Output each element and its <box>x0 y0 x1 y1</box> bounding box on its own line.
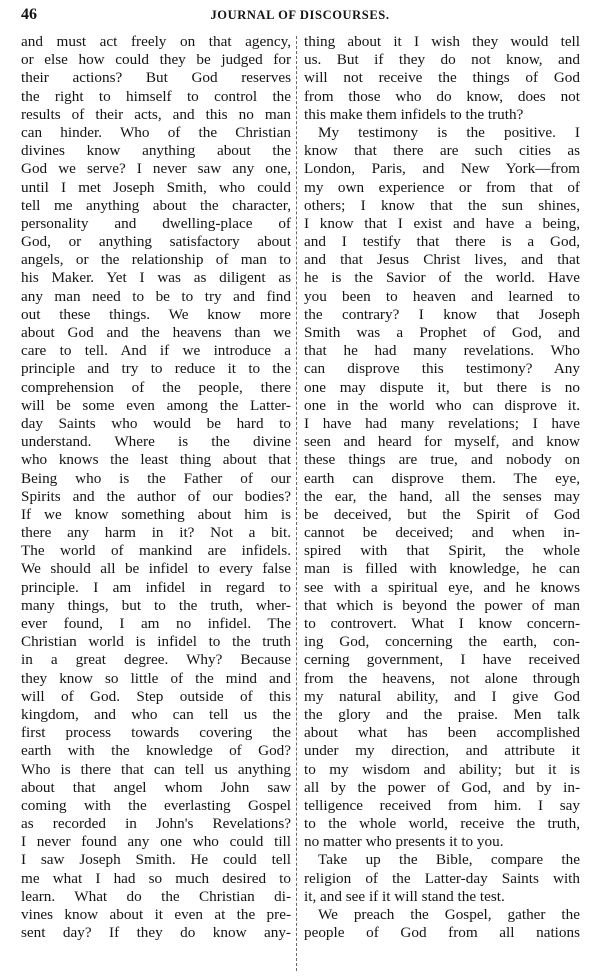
text-line: my own experience or from that of <box>304 179 580 197</box>
text-line: my natural ability, and I give God <box>304 688 580 706</box>
text-line: the glory and the praise. Men talk <box>304 706 580 724</box>
text-line: London, Paris, and New York—from <box>304 160 580 178</box>
text-line: one may dispute it, but there is no <box>304 379 580 397</box>
text-line: sent day? If they do know any- <box>21 924 291 942</box>
text-line: there any harm in it? Not a bit. <box>21 524 291 542</box>
text-line: about that angel whom John saw <box>21 779 291 797</box>
text-line: you been to heaven and learned to <box>304 288 580 306</box>
text-line: to the whole world, receive the truth, <box>304 815 580 833</box>
text-line: me what I had so much desired to <box>21 870 291 888</box>
text-line: I never found any one who could till <box>21 833 291 851</box>
right-column: thing about it I wish they would tellus.… <box>304 33 580 942</box>
text-line: their actions? But God reserves <box>21 69 291 87</box>
text-line: principle. I am infidel in regard to <box>21 579 291 597</box>
text-line: no matter who presents it to you. <box>304 833 580 851</box>
text-line: and that Jesus Christ lives, and that <box>304 251 580 269</box>
text-line: as recorded in John's Revelations? <box>21 815 291 833</box>
text-line: I know that I exist and have a being, <box>304 215 580 233</box>
text-line: vines know about it even at the pre- <box>21 906 291 924</box>
text-line: tell me anything about the character, <box>21 197 291 215</box>
text-line: results of their acts, and this no man <box>21 106 291 124</box>
text-line: the right to himself to control the <box>21 88 291 106</box>
text-line: about God and the heavens than we <box>21 324 291 342</box>
text-line: earth with the knowledge of God? <box>21 742 291 760</box>
text-line: Being who is the Father of our <box>21 470 291 488</box>
text-line: us. But if they do not know, and <box>304 51 580 69</box>
text-line: cannot be deceived; and when in- <box>304 524 580 542</box>
text-line: first process towards covering the <box>21 724 291 742</box>
text-line: will not receive the things of God <box>304 69 580 87</box>
text-line: will of God. Step outside of this <box>21 688 291 706</box>
text-line: the ear, the hand, all the senses may <box>304 488 580 506</box>
text-line: I have had many revelations; I have <box>304 415 580 433</box>
text-line: coming with the everlasting Gospel <box>21 797 291 815</box>
text-line: ever found, I am no infidel. The <box>21 615 291 633</box>
text-line: Christian world is infidel to the truth <box>21 633 291 651</box>
text-line: care to tell. And if we introduce a <box>21 342 291 360</box>
text-line: religion of the Latter-day Saints with <box>304 870 580 888</box>
text-line: angels, or the relationship of man to <box>21 251 291 269</box>
text-line: cerning government, I have received <box>304 651 580 669</box>
text-line: can disprove this testimony? Any <box>304 360 580 378</box>
text-line: the contrary? I know that Joseph <box>304 306 580 324</box>
text-line: these things are true, and nobody on <box>304 451 580 469</box>
text-line: seen and heard for myself, and know <box>304 433 580 451</box>
text-line: others; I know that the sun shines, <box>304 197 580 215</box>
text-line: from those who do know, does not <box>304 88 580 106</box>
running-head: JOURNAL OF DISCOURSES. <box>0 8 600 23</box>
text-line: who knows the least thing about that <box>21 451 291 469</box>
text-line: or else how could they be judged for <box>21 51 291 69</box>
text-line: My testimony is the positive. I <box>304 124 580 142</box>
text-line: one in the world who can disprove it. <box>304 397 580 415</box>
text-line: can hinder. Who of the Christian <box>21 124 291 142</box>
text-line: and I testify that there is a God, <box>304 233 580 251</box>
text-line: will be some even among the Latter- <box>21 397 291 415</box>
text-line: see with a spiritual eye, and he knows <box>304 579 580 597</box>
text-line: Spirits and the author of our bodies? <box>21 488 291 506</box>
text-line: this make them infidels to the truth? <box>304 106 580 124</box>
text-line: to controvert. What I know concern- <box>304 615 580 633</box>
text-line: from the heavens, not alone through <box>304 670 580 688</box>
text-line: telligence received from him. I say <box>304 797 580 815</box>
text-line: that which is beyond the power of man <box>304 597 580 615</box>
text-line: his Maker. Yet I was as diligent as <box>21 269 291 287</box>
text-line: to my wisdom and ability; but it is <box>304 761 580 779</box>
text-line: Who is there that can tell us anything <box>21 761 291 779</box>
text-line: ing God, concerning the earth, con- <box>304 633 580 651</box>
text-line: until I met Joseph Smith, who could <box>21 179 291 197</box>
text-line: in a great degree. Why? Because <box>21 651 291 669</box>
text-line: out these things. We know more <box>21 306 291 324</box>
text-line: If we know something about him is <box>21 506 291 524</box>
text-line: thing about it I wish they would tell <box>304 33 580 51</box>
column-divider <box>296 36 297 971</box>
text-line: be deceived, but the Spirit of God <box>304 506 580 524</box>
text-line: all by the power of God, and by in- <box>304 779 580 797</box>
text-line: We should all be infidel to every false <box>21 560 291 578</box>
text-line: We preach the Gospel, gather the <box>304 906 580 924</box>
text-line: personality and dwelling-place of <box>21 215 291 233</box>
text-line: any man need to be to try and find <box>21 288 291 306</box>
text-line: know that there are such cities as <box>304 142 580 160</box>
left-column: and must act freely on that agency,or el… <box>21 33 291 942</box>
text-line: The world of mankind are infidels. <box>21 542 291 560</box>
text-line: he is the Savior of the world. Have <box>304 269 580 287</box>
text-line: they know so little of the mind and <box>21 670 291 688</box>
text-line: I saw Joseph Smith. He could tell <box>21 851 291 869</box>
text-line: Take up the Bible, compare the <box>304 851 580 869</box>
text-line: learn. What do the Christian di- <box>21 888 291 906</box>
text-line: divines know anything about the <box>21 142 291 160</box>
text-line: Smith was a Prophet of God, and <box>304 324 580 342</box>
text-line: many things, but to the truth, wher- <box>21 597 291 615</box>
text-line: that he had many revelations. Who <box>304 342 580 360</box>
text-line: kingdom, and who can tell us the <box>21 706 291 724</box>
text-line: spired with that Spirit, the whole <box>304 542 580 560</box>
text-line: it, and see if it will stand the test. <box>304 888 580 906</box>
text-line: earth can disprove them. The eye, <box>304 470 580 488</box>
text-line: man is filled with knowledge, he can <box>304 560 580 578</box>
text-line: about what has been accomplished <box>304 724 580 742</box>
text-line: principle and try to reduce it to the <box>21 360 291 378</box>
text-line: God we serve? I never saw any one, <box>21 160 291 178</box>
text-line: under my direction, and attribute it <box>304 742 580 760</box>
text-line: comprehension of the people, there <box>21 379 291 397</box>
text-line: understand. Where is the divine <box>21 433 291 451</box>
text-line: and must act freely on that agency, <box>21 33 291 51</box>
text-line: God, or anything satisfactory about <box>21 233 291 251</box>
text-line: people of God from all nations <box>304 924 580 942</box>
text-line: day Saints who would be hard to <box>21 415 291 433</box>
